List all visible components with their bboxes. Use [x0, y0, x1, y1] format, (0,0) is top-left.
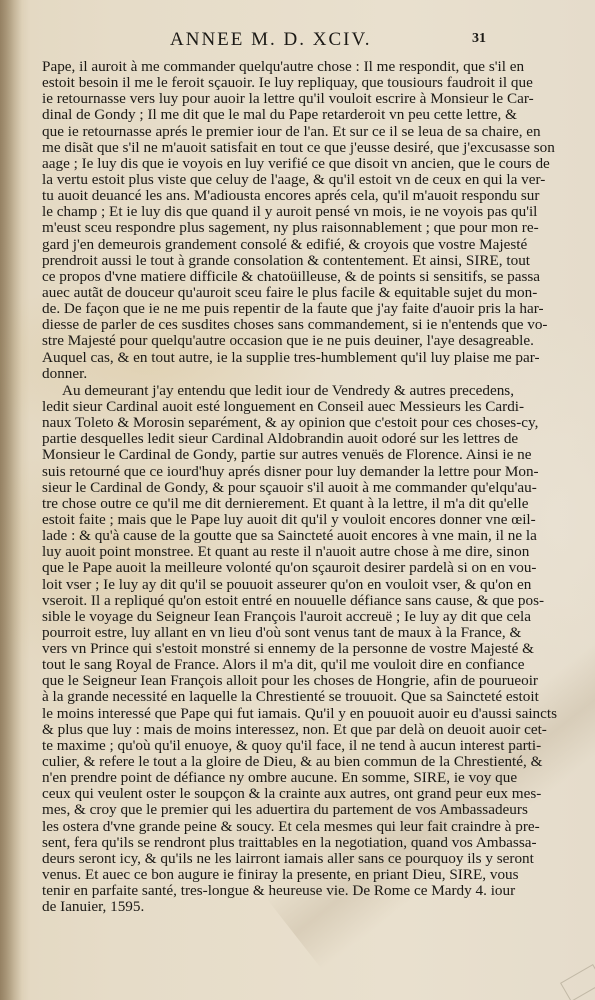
text-line: culier, & refere le tout a la gloire de … [42, 754, 480, 770]
corner-mark [560, 964, 595, 1000]
paragraph: Au demeurant j'ay entendu que ledit iour… [42, 383, 480, 916]
text-line: que le Pape auoit la meilleure volonté q… [42, 560, 480, 576]
body-text: Pape, il auroit à me commander quelqu'au… [42, 59, 480, 915]
text-line: Pape, il auroit à me commander quelqu'au… [42, 59, 480, 75]
running-title: ANNEE M. D. XCIV. [170, 29, 371, 51]
text-line: Auquel cas, & en tout autre, ie la suppl… [42, 350, 480, 366]
text-line: tu auoit deuancé les ans. M'adiousta enc… [42, 188, 480, 204]
text-line: sieur le Cardinal de Gondy, & pour sçauo… [42, 480, 480, 496]
text-line: deurs seront icy, & qu'ils ne les lairro… [42, 851, 480, 867]
text-line: de Ianuier, 1595. [42, 899, 480, 915]
text-line: vseroit. Il a repliqué qu'on estoit entr… [42, 593, 480, 609]
text-line: vers vn Prince qui s'estoit monstré si e… [42, 641, 480, 657]
text-line: te maxime ; qu'où qu'il enuoye, & quoy q… [42, 738, 480, 754]
text-line: que ie retournasse aprés le premier iour… [42, 124, 480, 140]
text-line: tre chose outre ce qu'il me dit derniere… [42, 496, 480, 512]
text-line: Au demeurant j'ay entendu que ledit iour… [42, 383, 480, 399]
paragraph: Pape, il auroit à me commander quelqu'au… [42, 59, 480, 382]
text-line: estoit besoin il me le feroit sçauoir. I… [42, 75, 480, 91]
text-line: tout le sang Royal de France. Alors il m… [42, 657, 480, 673]
text-line: ce propos d'vne matiere difficile & chat… [42, 269, 480, 285]
text-line: que le Seigneur Iean François alloit pou… [42, 673, 480, 689]
scanned-book-page: ANNEE M. D. XCIV. 31 Pape, il auroit à m… [0, 0, 595, 1000]
text-line: partie desquelles ledit sieur Cardinal A… [42, 431, 480, 447]
text-line: les ostera d'vne grande peine & soucy. E… [42, 819, 480, 835]
text-line: à la grande necessité en laquelle la Chr… [42, 689, 480, 705]
text-line: venus. Et auec ce bon augure ie finiray … [42, 867, 480, 883]
page-header: ANNEE M. D. XCIV. 31 [60, 29, 580, 55]
text-line: sent, fera qu'ils se rendront plus trait… [42, 835, 480, 851]
text-line: lade : & qu'à cause de la goutte que sa … [42, 528, 480, 544]
text-line: pourroit estre, luy allant en vn lieu d'… [42, 625, 480, 641]
text-line: tenir en parfaite santé, tres-longue & h… [42, 883, 480, 899]
text-line: sible le voyage du Seigneur Iean Françoi… [42, 609, 480, 625]
text-line: aage ; Ie luy dis que ie voyois en luy v… [42, 156, 480, 172]
text-line: la vertu estoit plus viste que celuy de … [42, 172, 480, 188]
text-line: auec autãt de douceur qu'auroit sceu fai… [42, 285, 480, 301]
text-line: ie retournasse vers luy pour auoir la le… [42, 91, 480, 107]
text-line: m'eust sceu respondre plus sagement, ny … [42, 220, 480, 236]
text-line: de. De façon que ie ne me puis repentir … [42, 301, 480, 317]
text-line: ledit sieur Cardinal auoit esté longueme… [42, 399, 480, 415]
text-line: suis retourné que ce iourd'huy aprés dis… [42, 464, 480, 480]
text-line: naux Toleto & Morosin separément, & ay o… [42, 415, 480, 431]
text-line: stre Majesté pour quelqu'autre occasion … [42, 333, 480, 349]
text-line: estoit faite ; mais que le Pape luy auoi… [42, 512, 480, 528]
text-line: gard j'en demeurois grandement consolé &… [42, 237, 480, 253]
text-line: Monsieur le Cardinal de Gondy, partie su… [42, 447, 480, 463]
text-line: dinal de Gondy ; Il me dit que le mal du… [42, 107, 480, 123]
text-line: n'en prendre point de défiance ny ombre … [42, 770, 480, 786]
text-line: luy auoit point monstree. Et quant au re… [42, 544, 480, 560]
text-line: prendroit aussi le tout à grande consola… [42, 253, 480, 269]
spine-shadow [0, 0, 22, 1000]
text-line: donner. [42, 366, 480, 382]
text-line: le moins interessé que Pape qui fut iama… [42, 706, 480, 722]
text-line: diesse de parler de ces susdites choses … [42, 317, 480, 333]
page-number: 31 [472, 31, 486, 47]
text-line: ceux qui veulent oster le soupçon & la c… [42, 786, 480, 802]
text-line: mes, & croy que le premier qui les aduer… [42, 802, 480, 818]
text-line: me disãt que s'il ne m'auoit satisfait e… [42, 140, 480, 156]
text-line: loit vser ; Ie luy ay dit qu'il se pouuo… [42, 577, 480, 593]
text-line: le champ ; Et ie luy dis que quand il y … [42, 204, 480, 220]
text-line: & plus que luy : mais de moins interesse… [42, 722, 480, 738]
